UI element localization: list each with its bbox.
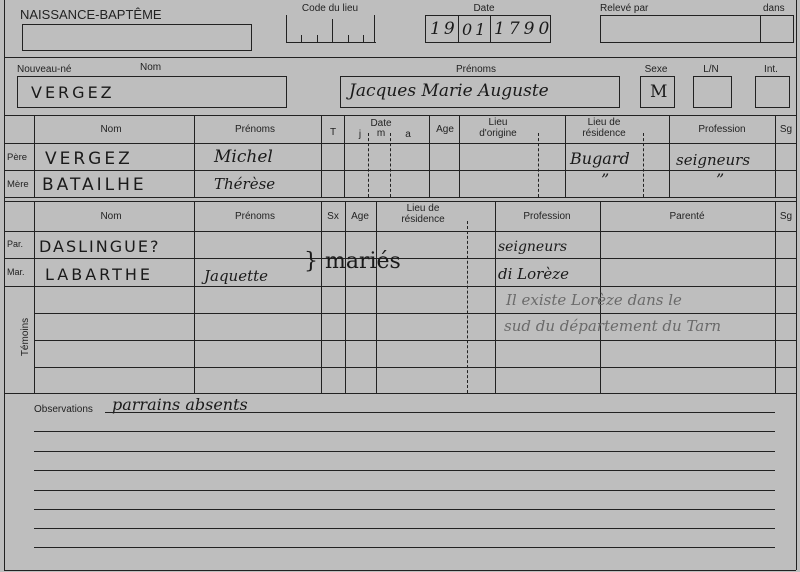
observations-lines[interactable] xyxy=(0,0,800,572)
birth-baptism-record-form: NAISSANCE-BAPTÊME Code du lieu Date 19 0… xyxy=(0,0,800,572)
